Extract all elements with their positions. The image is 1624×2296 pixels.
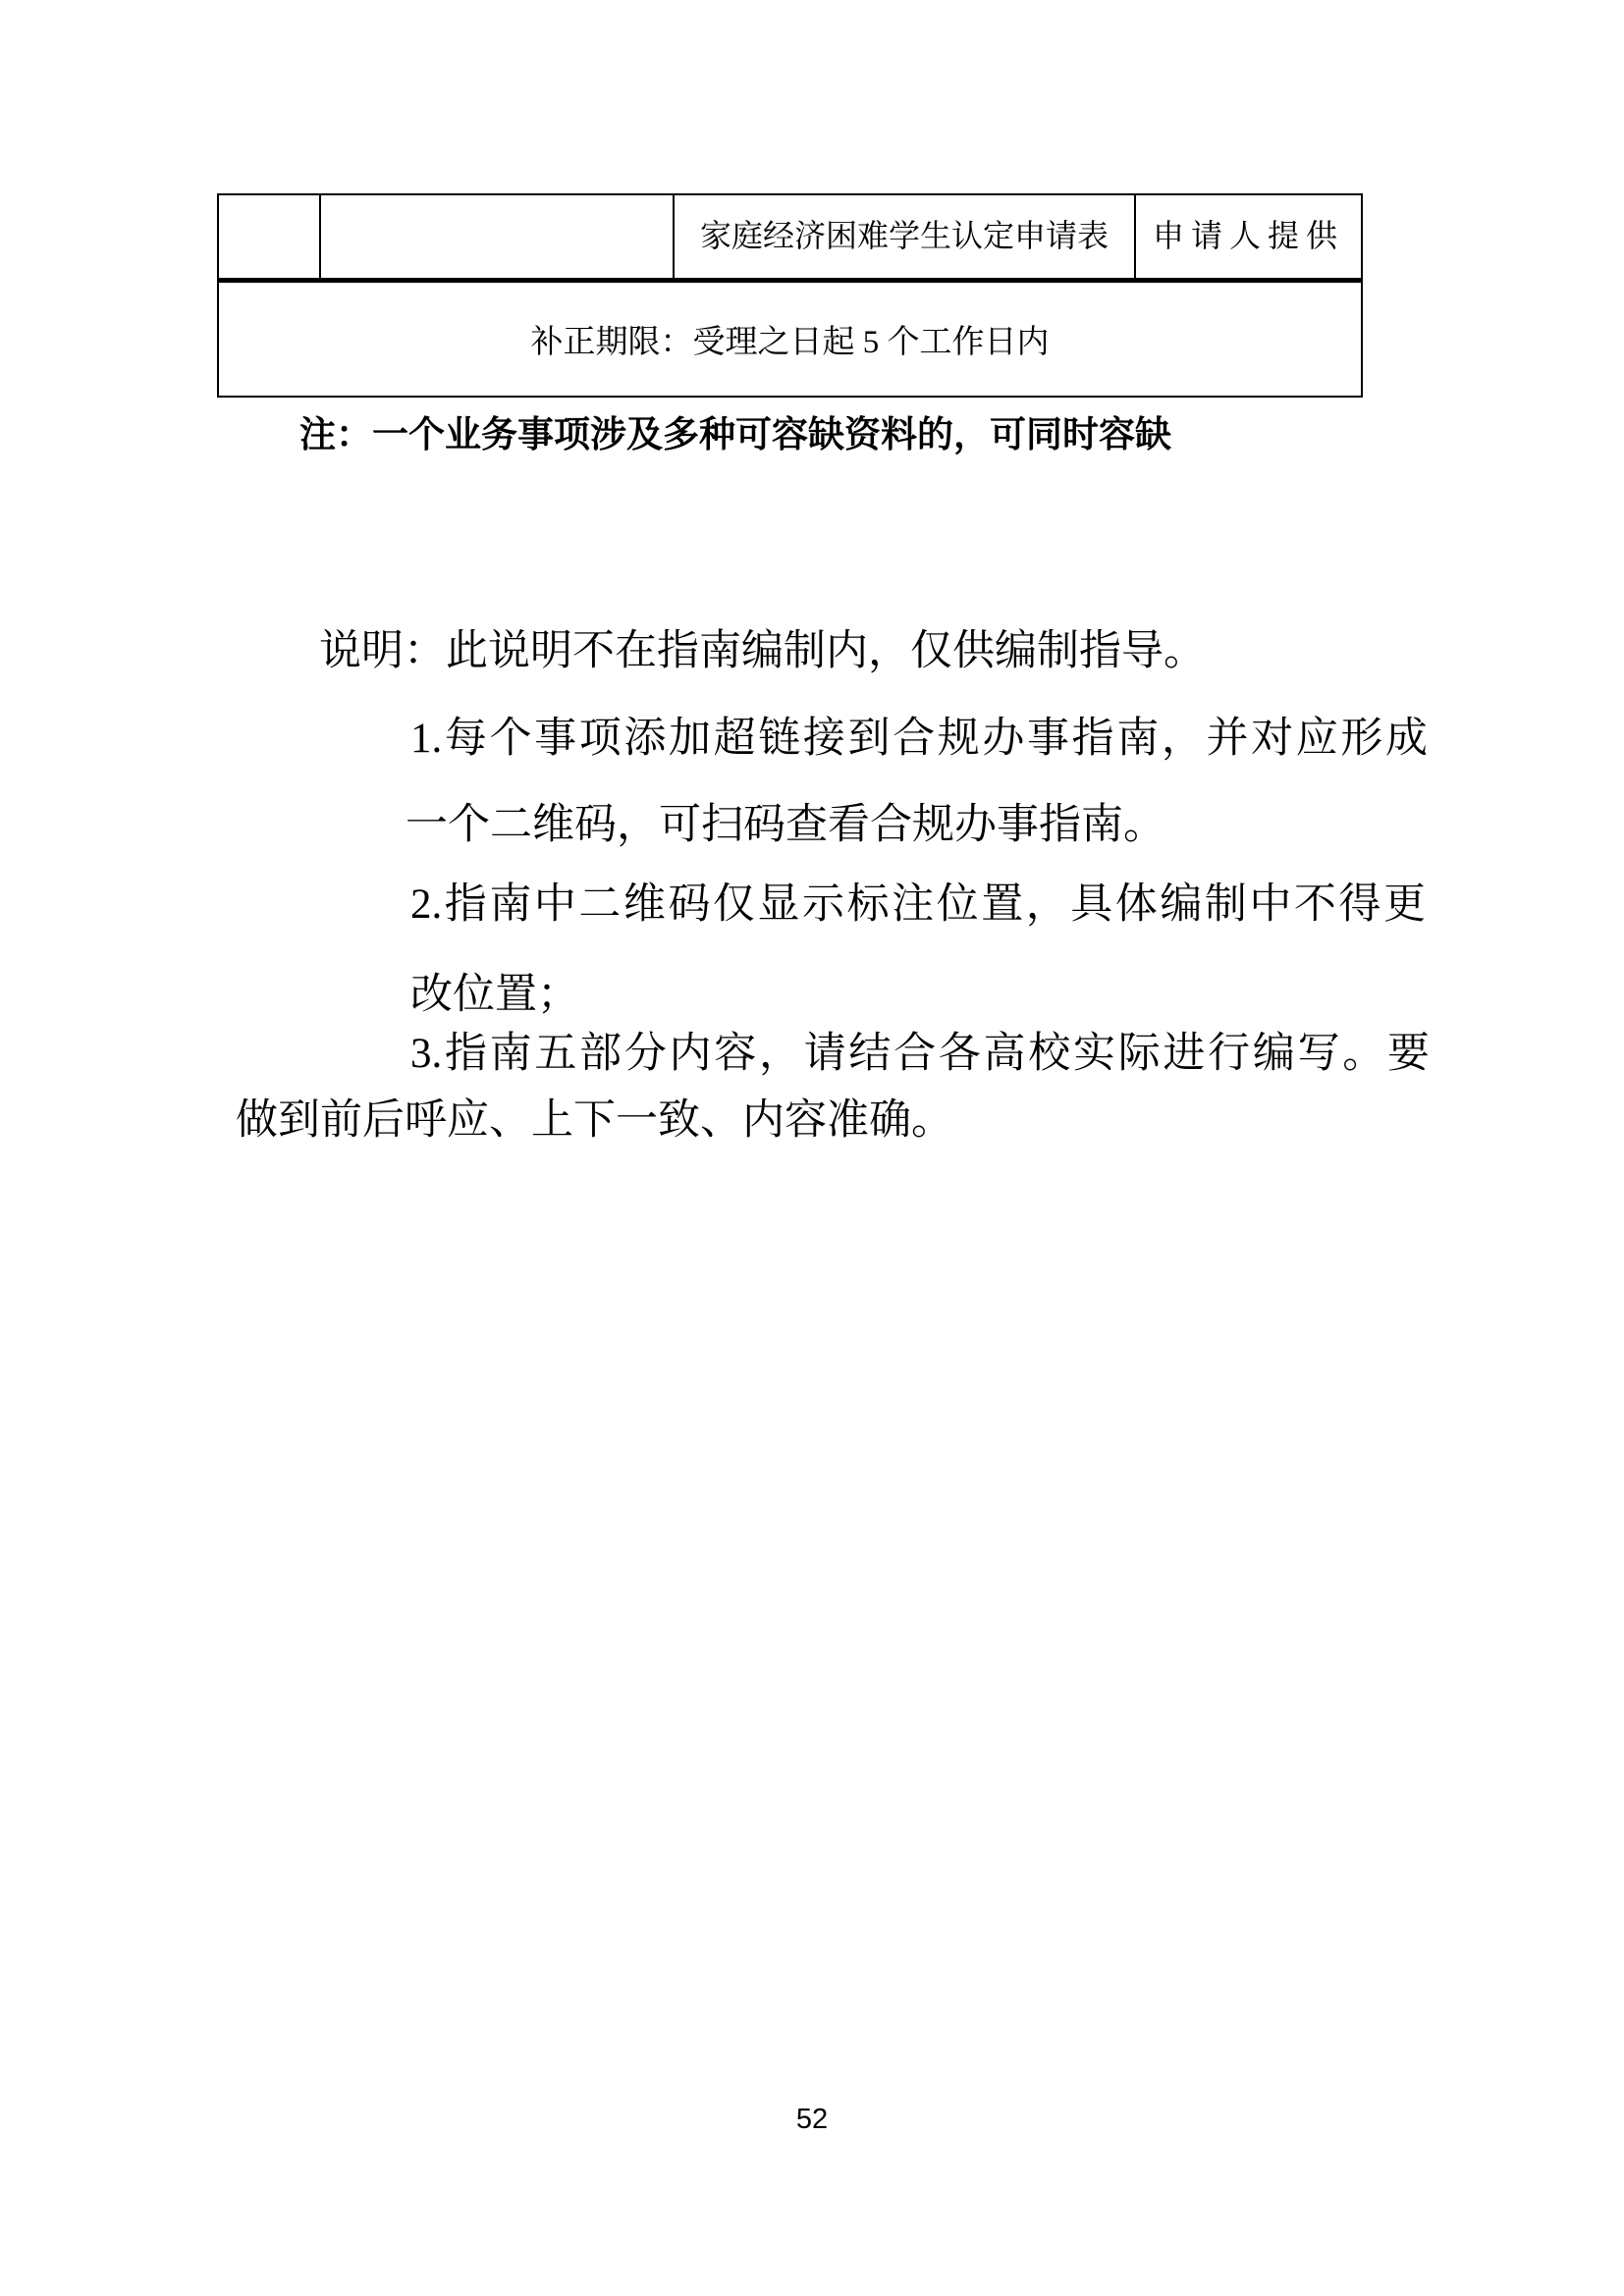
materials-table: 家庭经济困难学生认定申请表 申请人提供 补正期限：受理之日起 5 个工作日内 — [217, 193, 1363, 398]
table-row-materials: 家庭经济困难学生认定申请表 申请人提供 — [219, 195, 1361, 283]
instruction-line-intro: 说明：此说明不在指南编制内，仅供编制指导。 — [319, 627, 1206, 675]
instruction-line-item1-cont: 一个二维码，可扫码查看合规办事指南。 — [406, 801, 1165, 849]
instruction-line-item2-cont: 改位置； — [410, 971, 579, 1019]
material-name-text: 家庭经济困难学生认定申请表 — [700, 219, 1109, 253]
instruction-line-item1: 1.每个事项添加超链接到合规办事指南，并对应形成 — [410, 715, 1428, 763]
table-cell-empty-description — [321, 195, 675, 278]
table-footnote: 注：一个业务事项涉及多种可容缺资料的，可同时容缺 — [299, 404, 1171, 457]
table-cell-empty-index — [219, 195, 321, 278]
page-number: 52 — [0, 2104, 1624, 2136]
table-cell-material-name: 家庭经济困难学生认定申请表 — [675, 195, 1136, 278]
instruction-line-item3-cont: 做到前后呼应、上下一致、内容准确。 — [236, 1096, 953, 1145]
document-page: 家庭经济困难学生认定申请表 申请人提供 补正期限：受理之日起 5 个工作日内 注… — [0, 0, 1624, 2296]
instruction-line-item3: 3.指南五部分内容，请结合各高校实际进行编写。要 — [410, 1030, 1430, 1078]
table-cell-provider: 申请人提供 — [1136, 195, 1361, 278]
table-row-correction-deadline: 补正期限：受理之日起 5 个工作日内 — [219, 283, 1361, 396]
correction-deadline-text: 补正期限：受理之日起 5 个工作日内 — [531, 316, 1050, 362]
instruction-line-item2: 2.指南中二维码仅显示标注位置，具体编制中不得更 — [410, 881, 1426, 929]
provider-text: 申请人提供 — [1153, 219, 1344, 253]
